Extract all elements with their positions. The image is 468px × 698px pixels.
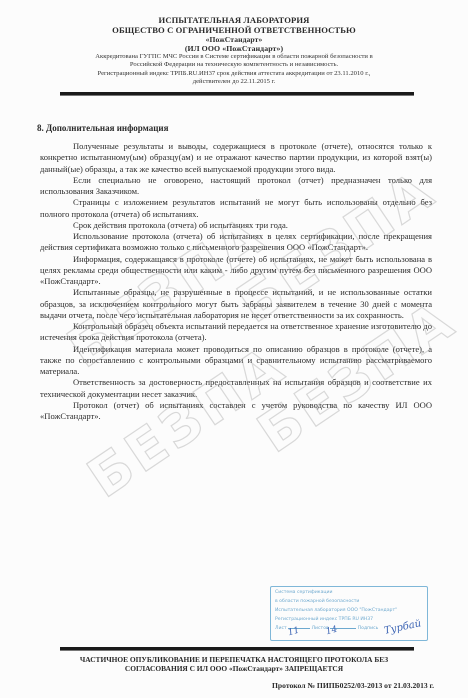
warning-line-1: ЧАСТИЧНОЕ ОПУБЛИКОВАНИЕ И ПЕРЕПЕЧАТКА НА…	[0, 655, 468, 664]
header-line-3: «ПожСтандарт»	[0, 35, 468, 44]
signature-label: Подпись	[358, 626, 379, 631]
stamp-line-3: Испытательная лаборатория ООО "ПожСтанда…	[275, 606, 423, 615]
stamp-line-2: в области пожарной безопасности	[275, 597, 423, 606]
section-title: 8. Дополнительная информация	[37, 123, 168, 133]
header-line-2: ОБЩЕСТВО С ОГРАНИЧЕННОЙ ОТВЕТСТВЕННОСТЬЮ	[0, 25, 468, 35]
copy-warning: ЧАСТИЧНОЕ ОПУБЛИКОВАНИЕ И ПЕРЕПЕЧАТКА НА…	[0, 655, 468, 674]
registration-line-1: Регистрационный индекс ТРПБ.RU.ИН37 срок…	[0, 70, 468, 78]
warning-line-2: СОГЛАСОВАНИЯ С ИЛ ООО «ПожСтандарт» ЗАПР…	[0, 664, 468, 673]
paragraph: Полученные результаты и выводы, содержащ…	[40, 141, 432, 175]
lab-header: ИСПЫТАТЕЛЬНАЯ ЛАБОРАТОРИЯ ОБЩЕСТВО С ОГР…	[0, 15, 468, 86]
stamp-line-1: Система сертификации	[275, 588, 423, 597]
header-line-1: ИСПЫТАТЕЛЬНАЯ ЛАБОРАТОРИЯ	[0, 15, 468, 25]
registration-line-2: действителен до 22.11.2015 г.	[0, 78, 468, 86]
footer-divider	[60, 647, 414, 651]
accreditation-line-1: Аккредитована ГУГПС МЧС России в Системе…	[0, 53, 468, 61]
accreditation-line-2: Российской Федерации на техническую комп…	[0, 61, 468, 69]
document-page: ИСПЫТАТЕЛЬНАЯ ЛАБОРАТОРИЯ ОБЩЕСТВО С ОГР…	[0, 0, 468, 698]
header-line-4: (ИЛ ООО «ПожСтандарт»)	[0, 44, 468, 53]
protocol-number: Протокол № ПИПБ0252/03-2013 от 21.03.201…	[272, 681, 434, 690]
sheet-label: Лист	[275, 626, 287, 631]
header-divider	[60, 92, 414, 96]
